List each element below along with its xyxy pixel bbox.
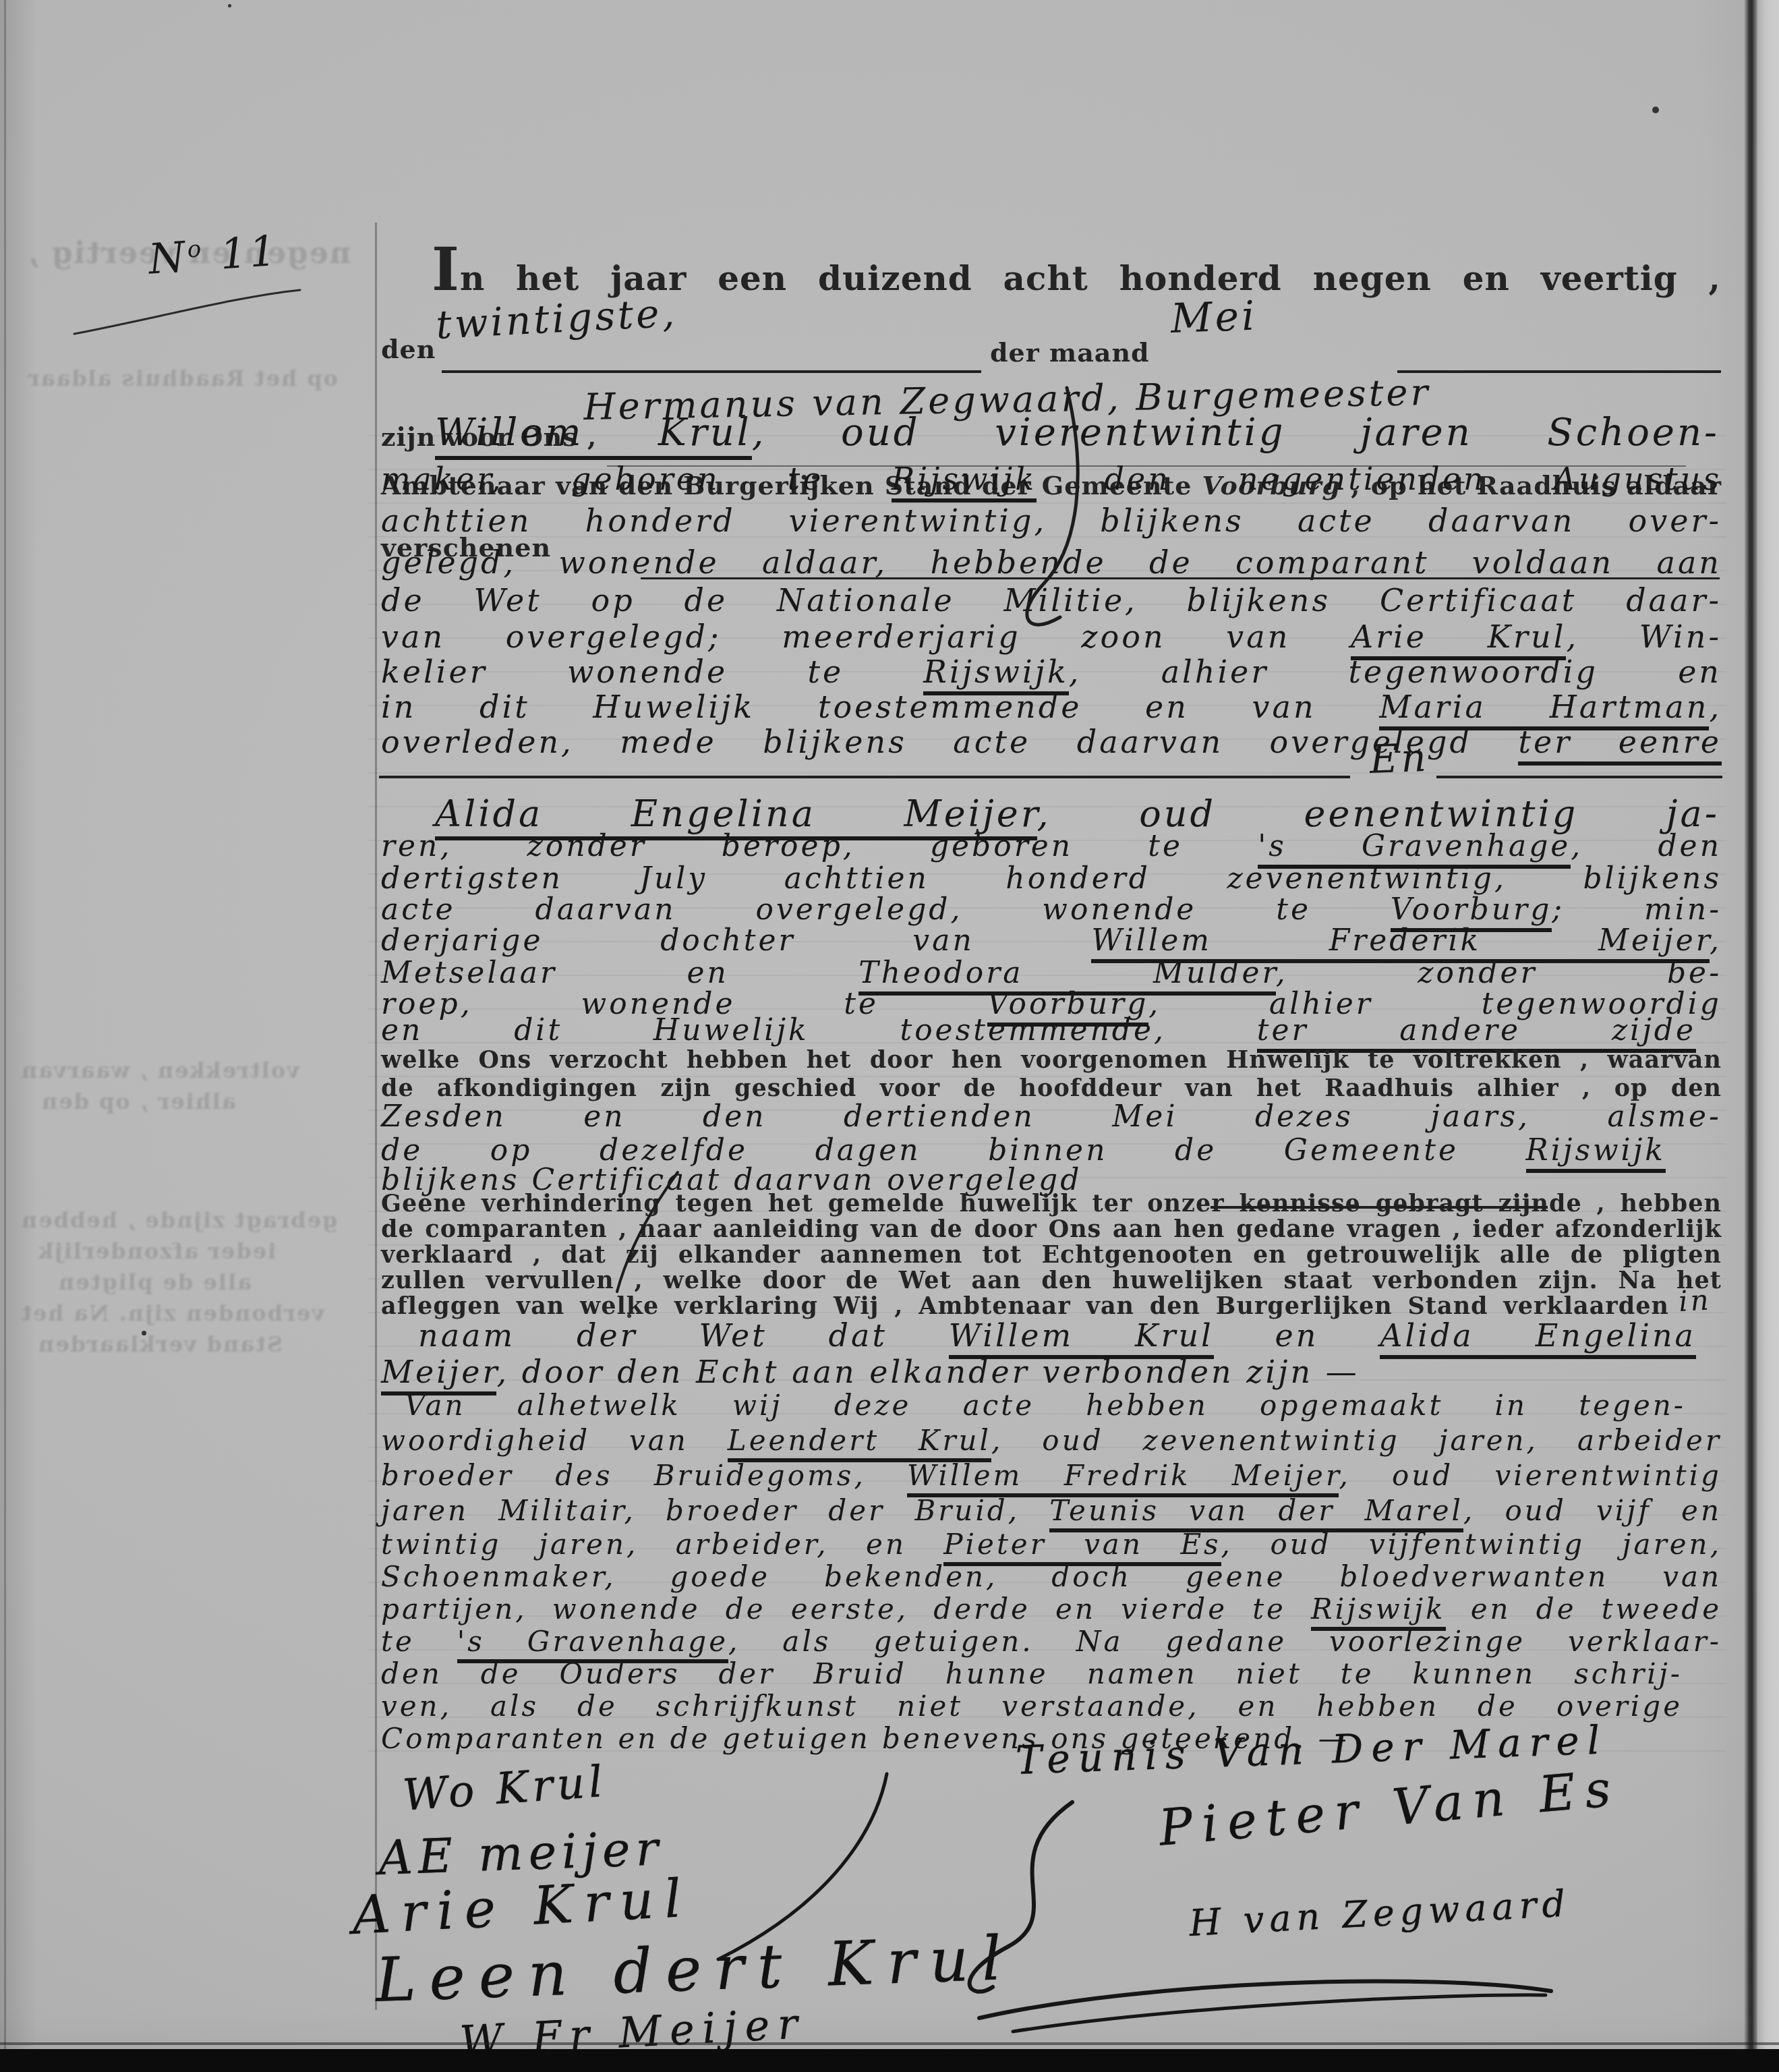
scan-bottom-band	[0, 2049, 1779, 2072]
ink-flourishes	[0, 0, 1779, 2072]
marriage-record-scan: negen en veertig ,op het Raadhuis aldaar…	[0, 0, 1779, 2072]
zegwaard-flourish-upper	[979, 1981, 1551, 2018]
ink-speck	[142, 1331, 146, 1335]
ink-speck	[1652, 107, 1659, 113]
descender-flourish	[1027, 388, 1078, 625]
bottom-edge-shadow	[0, 2042, 1779, 2045]
page-fold-line	[1744, 0, 1757, 2072]
ink-speck	[228, 4, 231, 7]
ink-speck	[627, 1314, 631, 1318]
signature-tall-flourish	[718, 1774, 887, 1959]
act-number-flourish	[74, 290, 300, 334]
certificate-flourish	[617, 1172, 678, 1292]
next-page-edge	[1757, 0, 1779, 2072]
signature-s-flourish	[970, 1802, 1072, 1992]
